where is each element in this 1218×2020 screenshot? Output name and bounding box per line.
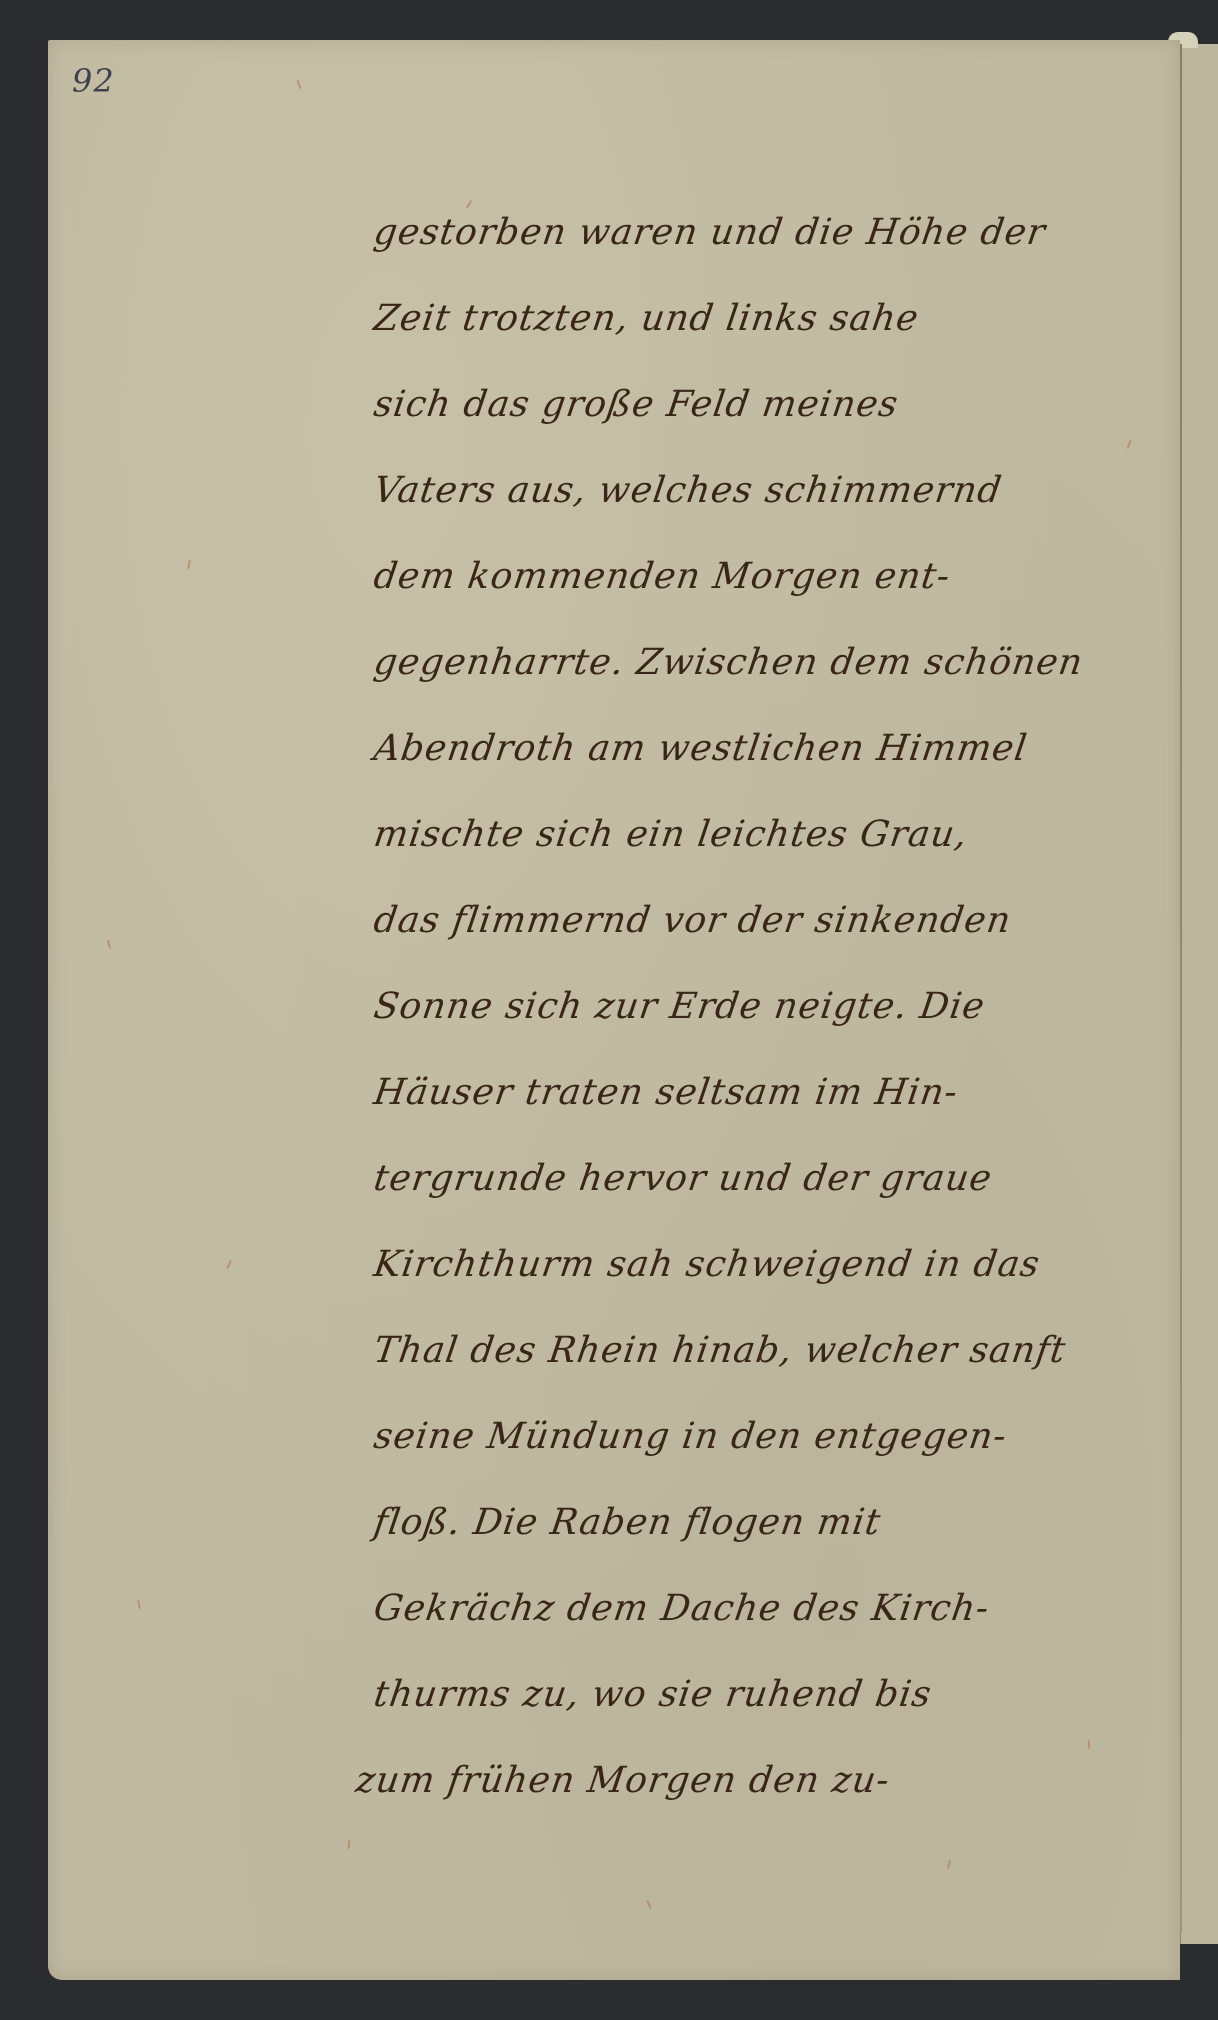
text-line: thurms zu, wo sie ruhend bis	[368, 1652, 1140, 1738]
text-line: floß. Die Raben flogen mit	[368, 1480, 1140, 1566]
paper-fiber	[226, 1260, 232, 1269]
text-line: Thal des Rhein hinab, welcher sanft	[368, 1308, 1140, 1394]
text-line: mischte sich ein leichtes Grau,	[368, 792, 1140, 878]
adjacent-page-edge	[1180, 44, 1218, 1944]
text-line: sich das große Feld meines	[368, 362, 1140, 448]
text-line: Zeit trotzten, und links sahe	[368, 276, 1140, 362]
text-line: Abendroth am westlichen Himmel	[368, 706, 1140, 792]
paper-fiber	[107, 940, 111, 949]
text-line: gegenharrte. Zwischen dem schönen	[368, 620, 1140, 706]
text-line: Sonne sich zur Erde neigte. Die	[368, 964, 1140, 1050]
page-number: 92	[72, 62, 115, 100]
paper-fiber	[137, 1600, 141, 1609]
text-line: seine Mündung in den entgegen-	[368, 1394, 1140, 1480]
paper-fiber	[348, 1840, 351, 1849]
text-line: Häuser traten seltsam im Hin-	[368, 1050, 1140, 1136]
text-line: Vaters aus, welches schimmernd	[368, 448, 1140, 534]
text-line: Kirchthurm sah schweigend in das	[368, 1222, 1140, 1308]
paper-fiber	[187, 560, 191, 569]
paper-fiber	[646, 1900, 652, 1909]
text-line: dem kommenden Morgen ent-	[368, 534, 1140, 620]
text-line: zum frühen Morgen den zu-	[350, 1738, 1140, 1824]
text-line: das flimmernd vor der sinkenden	[368, 878, 1140, 964]
handwritten-text: gestorben waren und die Höhe der Zeit tr…	[368, 190, 1128, 1824]
text-line: gestorben waren und die Höhe der	[368, 190, 1140, 276]
manuscript-scan: 92 gestorben waren und die Höhe der Zeit…	[0, 0, 1218, 2020]
paper-fiber	[947, 1860, 951, 1869]
text-line: tergrunde hervor und der graue	[368, 1136, 1140, 1222]
paper-fiber	[297, 80, 302, 89]
page-gutter	[1180, 44, 1182, 1934]
text-line: Gekrächz dem Dache des Kirch-	[368, 1566, 1140, 1652]
